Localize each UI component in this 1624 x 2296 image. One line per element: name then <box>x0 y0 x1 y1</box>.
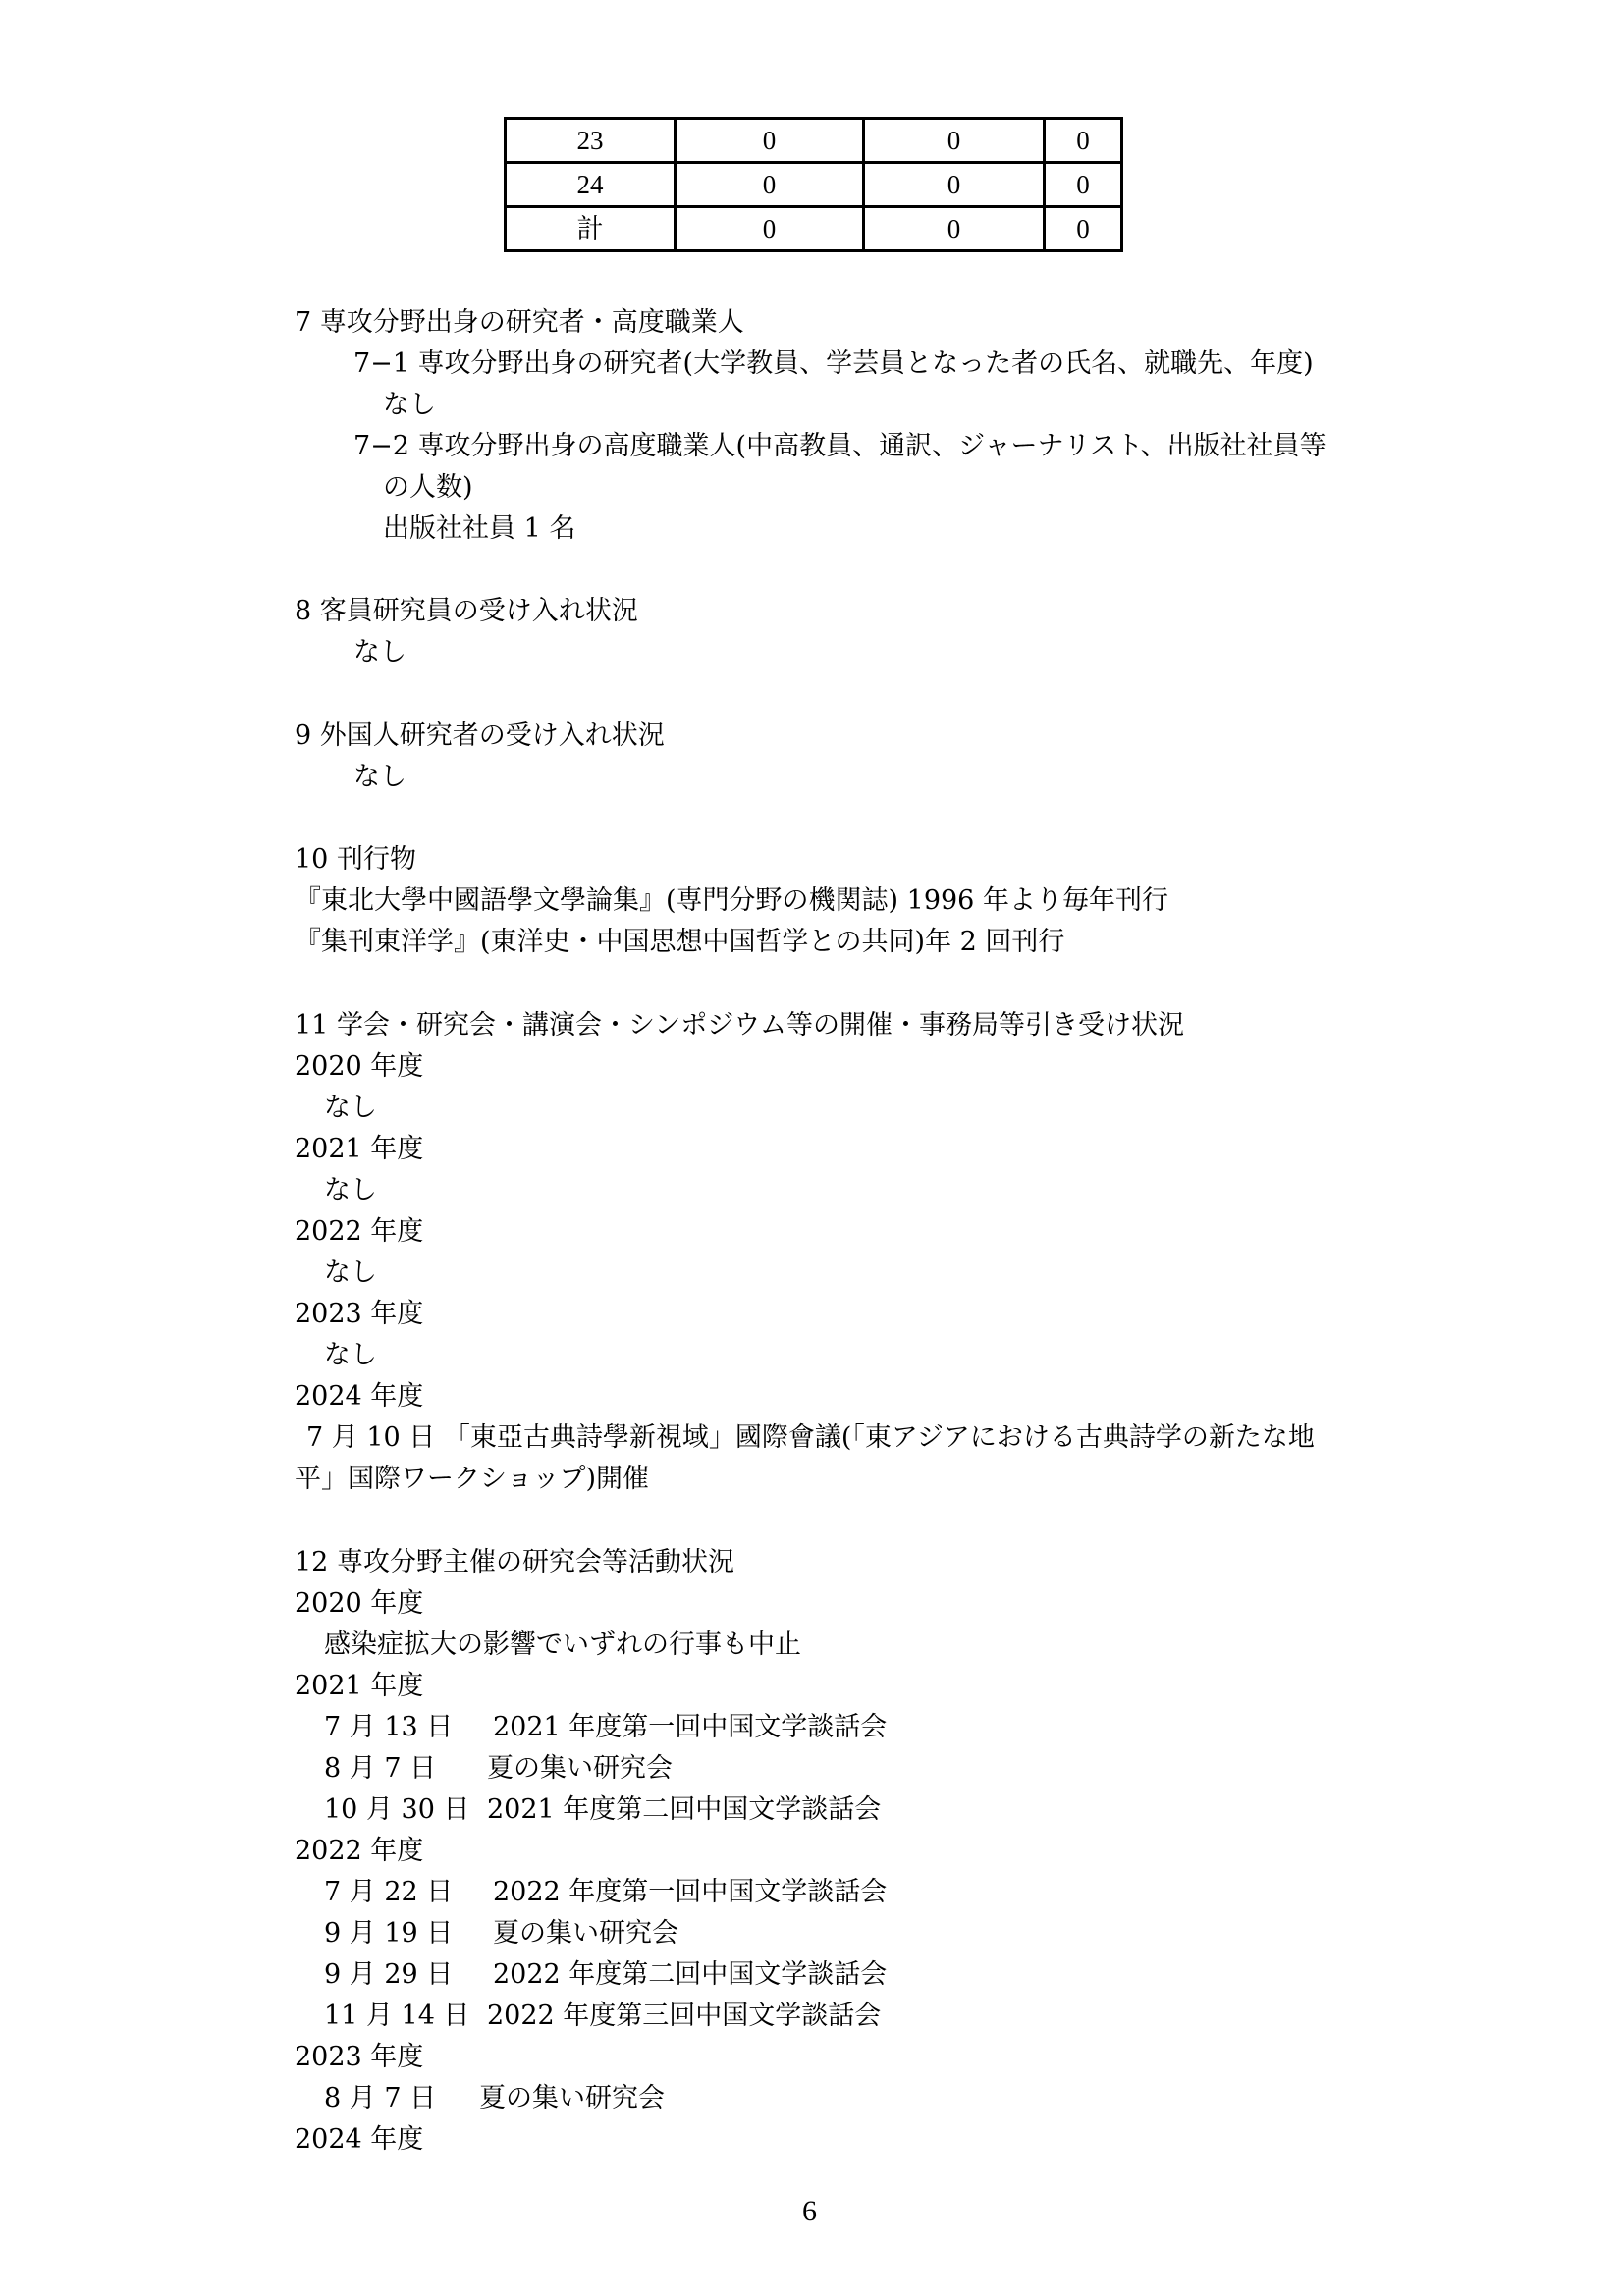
table-cell: 0 <box>1045 163 1122 207</box>
table-cell: 0 <box>676 119 864 163</box>
year-body: 7 月 10 日 「東亞古典詩學新視域」國際會議(「東アジアにおける古典詩学の新… <box>306 1421 1315 1455</box>
event-date: 8 月 7 日 <box>324 1752 436 1786</box>
table-cell: 0 <box>676 207 864 251</box>
event-title: 夏の集い研究会 <box>479 2082 665 2115</box>
event-date: 7 月 13 日 <box>324 1711 453 1744</box>
table-cell: 0 <box>1045 207 1122 251</box>
event-title: 2021 年度第二回中国文学談話会 <box>487 1793 881 1827</box>
year-body: なし <box>324 1339 377 1372</box>
year-body: 感染症拡大の影響でいずれの行事も中止 <box>324 1629 801 1662</box>
table-cell: 23 <box>506 119 676 163</box>
page-number: 6 <box>802 2195 817 2228</box>
year-body: なし <box>324 1256 377 1290</box>
section-9-body: なし <box>353 761 406 794</box>
table-row: 24 0 0 0 <box>506 163 1122 207</box>
year-body-cont: 平」国際ワークショップ)開催 <box>295 1463 649 1496</box>
year-label: 2024 年度 <box>295 1380 423 1414</box>
event-date: 9 月 29 日 <box>324 1958 453 1992</box>
year-label: 2023 年度 <box>295 1298 423 1331</box>
year-body: なし <box>324 1092 377 1125</box>
statistics-table: 23 0 0 0 24 0 0 0 計 0 0 0 <box>504 117 1123 252</box>
event-title: 2022 年度第二回中国文学談話会 <box>493 1958 887 1992</box>
event-date: 7 月 22 日 <box>324 1876 453 1909</box>
event-title: 2022 年度第三回中国文学談話会 <box>487 2000 881 2033</box>
event-date: 9 月 19 日 <box>324 1917 453 1950</box>
table-cell: 0 <box>1045 119 1122 163</box>
table-cell: 0 <box>864 119 1045 163</box>
year-label: 2020 年度 <box>295 1587 423 1621</box>
event-date: 11 月 14 日 <box>324 2000 469 2033</box>
year-label: 2022 年度 <box>295 1835 423 1868</box>
table-row: 23 0 0 0 <box>506 119 1122 163</box>
event-date: 10 月 30 日 <box>324 1793 469 1827</box>
year-label: 2021 年度 <box>295 1670 423 1703</box>
publication-item: 『集刊東洋学』(東洋史・中国思想中国哲学との共同)年 2 回刊行 <box>295 926 1064 959</box>
section-7-1-heading: 7−1 専攻分野出身の研究者(大学教員、学芸員となった者の氏名、就職先、年度) <box>353 347 1314 381</box>
event-date: 8 月 7 日 <box>324 2082 436 2115</box>
section-8-heading: 8 客員研究員の受け入れ状況 <box>295 595 638 628</box>
table-cell: 0 <box>864 207 1045 251</box>
year-label: 2024 年度 <box>295 2123 423 2157</box>
section-7-1-body: なし <box>383 389 436 422</box>
table-cell: 計 <box>506 207 676 251</box>
table-cell: 0 <box>676 163 864 207</box>
year-label: 2023 年度 <box>295 2041 423 2074</box>
section-8-body: なし <box>353 636 406 669</box>
document-page: 23 0 0 0 24 0 0 0 計 0 0 0 7 専攻分野出身の研究者・高… <box>0 0 1624 2296</box>
section-7-2-body: 出版社社員 1 名 <box>383 512 575 546</box>
year-body: なし <box>324 1174 377 1207</box>
event-title: 2022 年度第一回中国文学談話会 <box>493 1876 887 1909</box>
section-11-heading: 11 学会・研究会・講演会・シンポジウム等の開催・事務局等引き受け状況 <box>295 1009 1184 1042</box>
table-row-total: 計 0 0 0 <box>506 207 1122 251</box>
year-label: 2022 年度 <box>295 1215 423 1249</box>
section-7-2-heading-cont: の人数) <box>383 471 473 505</box>
section-9-heading: 9 外国人研究者の受け入れ状況 <box>295 720 665 753</box>
table-cell: 0 <box>864 163 1045 207</box>
event-title: 夏の集い研究会 <box>487 1752 673 1786</box>
table-cell: 24 <box>506 163 676 207</box>
event-title: 夏の集い研究会 <box>493 1917 678 1950</box>
year-label: 2021 年度 <box>295 1133 423 1166</box>
event-title: 2021 年度第一回中国文学談話会 <box>493 1711 887 1744</box>
section-7-2-heading: 7−2 専攻分野出身の高度職業人(中高教員、通訳、ジャーナリスト、出版社社員等 <box>353 430 1326 463</box>
section-7-heading: 7 専攻分野出身の研究者・高度職業人 <box>295 306 744 340</box>
publication-item: 『東北大學中國語學文學論集』(専門分野の機関誌) 1996 年より毎年刊行 <box>295 884 1168 918</box>
year-label: 2020 年度 <box>295 1050 423 1084</box>
section-12-heading: 12 専攻分野主催の研究会等活動状況 <box>295 1546 734 1579</box>
section-10-heading: 10 刊行物 <box>295 843 416 877</box>
